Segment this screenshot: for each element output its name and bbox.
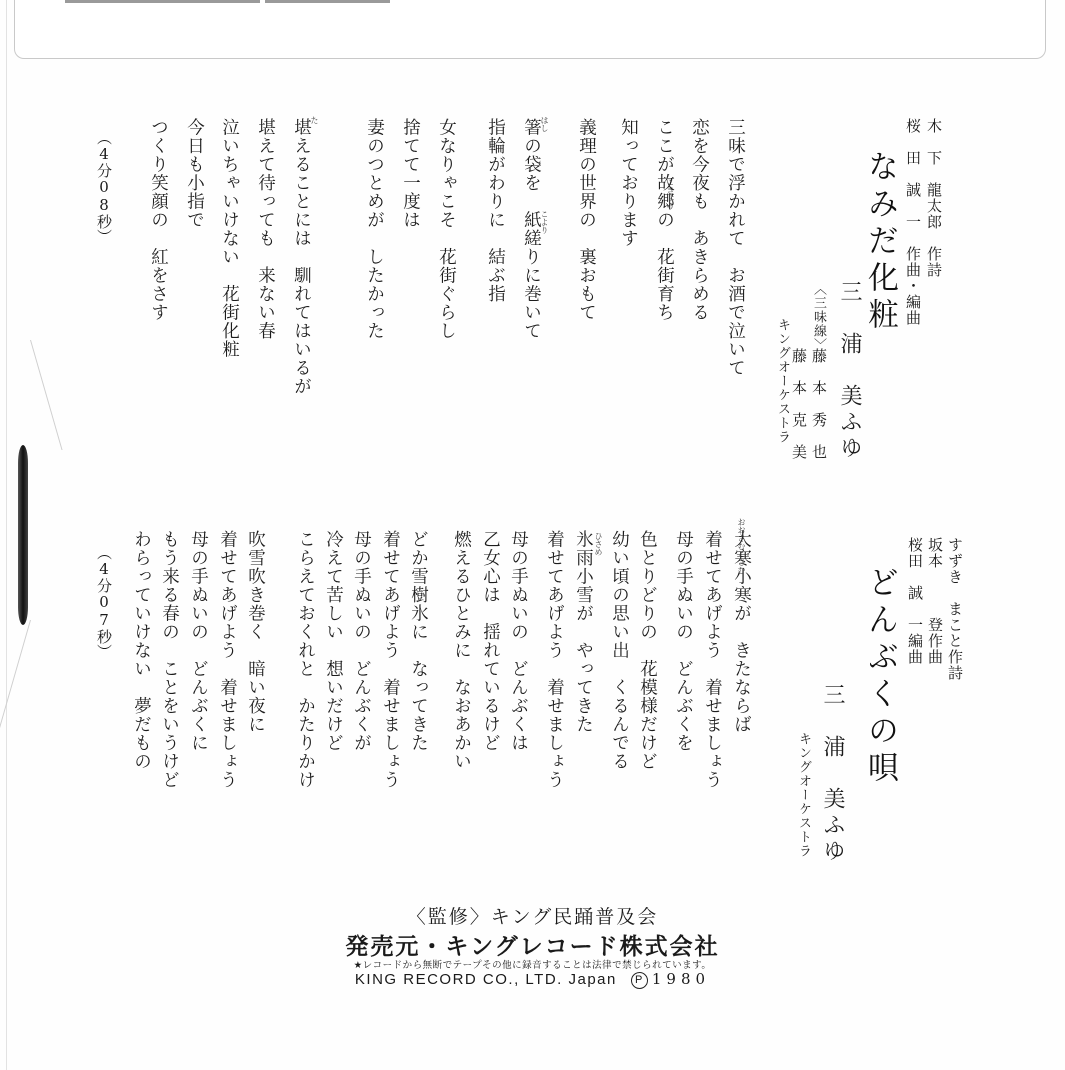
song1-duration: （4分08秒）: [96, 130, 111, 244]
lyric-line: わらっていけない 夢だもの: [132, 530, 150, 771]
lyric-line: 吹雪吹き巻く 暗い夜に: [246, 530, 264, 734]
lyric-line: 知っております: [619, 118, 637, 248]
lyric-line: どか雪樹氷に なってきた: [409, 530, 427, 752]
song1-shamisen-player-2: 藤 本 克 美: [791, 348, 806, 460]
song1-orchestra: キングオーケストラ: [776, 318, 789, 444]
lyric-line: 着せてあげよう 着せましょう: [218, 530, 236, 789]
lyric-line: 着せてあげよう 着せましょう: [703, 530, 721, 789]
lyric-line: 妻のつとめが したかった: [365, 118, 383, 340]
lyric-line: 女なりゃこそ 花街ぐらし: [437, 118, 455, 340]
song2-credit-arranger: 桜田 誠 一編曲: [907, 537, 922, 665]
lyric-line: 今日も小指で: [185, 118, 203, 229]
company-name: KING RECORD CO., LTD. Japan: [355, 971, 617, 988]
song2-duration: （4分07秒）: [96, 545, 111, 659]
lyric-line: もう来る春の ことをいうけど: [160, 530, 178, 789]
lyric-line: 母の手ぬいの どんぶくに: [189, 530, 207, 752]
phonogram-p-icon: P: [631, 972, 648, 989]
lyric-line: 着せてあげよう 着せましょう: [381, 530, 399, 789]
release-year: 1980: [652, 970, 710, 988]
lyric-line: 着せてあげよう 着せましょう: [545, 530, 563, 789]
lyric-line: こらえておくれと かたりかけ: [296, 530, 314, 789]
lyric-line: 泣いちゃいけない 花街化粧: [220, 118, 238, 359]
song2-credit-composer: 坂本 登作曲: [927, 537, 942, 665]
ruby-furigana: こきょう: [666, 178, 674, 210]
lyric-line: 捨てて一度は: [401, 118, 419, 229]
lyric-line: 堪えて待っても 来ない春: [256, 118, 274, 340]
song1-credit-composer: 桜 田 誠 一 作曲・編曲: [905, 118, 920, 326]
company-line: KING RECORD CO., LTD. JapanP1980: [0, 970, 1065, 989]
record-sleeve-back: 木 下 龍太郎 作詩 桜 田 誠 一 作曲・編曲 なみだ化粧 三 浦 美ふゆ 〈…: [0, 0, 1065, 1070]
lyric-line: 母の手ぬいの どんぶくは: [509, 530, 527, 752]
lyric-line: ここが故郷の 花街育ち: [655, 118, 673, 322]
ruby-furigana: こより: [540, 210, 548, 234]
song1-shamisen-player-1: 藤 本 秀 也: [811, 348, 826, 460]
lyric-line: 恋を今夜も あきらめる: [690, 118, 708, 322]
lyric-line: 母の手ぬいの どんぶくを: [674, 530, 692, 752]
song1-credit-lyricist: 木 下 龍太郎 作詩: [926, 118, 941, 278]
lyric-line: 指輪がわりに 結ぶ指: [486, 118, 504, 303]
lyric-line: つくり笑顔の 紅をさす: [149, 118, 167, 322]
song1-artist: 三 浦 美ふゆ: [838, 280, 860, 462]
lyric-line: 色とりどりの 花模様だけど: [638, 530, 656, 771]
lyric-line: 三味で浮かれて お酒で泣いて: [726, 118, 744, 377]
song1-shamisen-label: 〈三味線〉: [812, 282, 825, 352]
song2-orchestra: キングオーケストラ: [797, 732, 810, 858]
lyric-line: 母の手ぬいの どんぶくが: [352, 530, 370, 752]
sleeve-fold-shadow: [18, 445, 28, 625]
lyric-line: 燃えるひとみに なおあかい: [452, 530, 470, 771]
flap-shadow-right: [265, 0, 390, 3]
lyric-line: 乙女心は 揺れているけど: [481, 530, 499, 752]
lyric-line: 氷雨小雪が やってきた: [574, 530, 592, 734]
lyric-line: 冷えて苦しい 想いだけど: [324, 530, 342, 752]
ruby-furigana: はし: [540, 116, 548, 132]
supervision-credit: 〈監修〉キング民踊普及会: [0, 902, 1065, 929]
copyright-notice: ★レコードから無断でテープその他に録音することは法律で禁じられています。: [0, 957, 1065, 971]
song2-title: どんぶくの唄: [864, 566, 895, 788]
sleeve-top-flap: [14, 0, 1046, 59]
lyric-line: 箸の袋を 紙縒りに巻いて: [522, 118, 540, 340]
ruby-furigana: おおさむこさむ: [737, 518, 745, 574]
flap-shadow-left: [65, 0, 260, 3]
ruby-furigana: た: [310, 116, 318, 124]
lyric-line: 堪えることには 馴れてはいるが: [292, 118, 310, 396]
ruby-furigana: ひさめ: [594, 532, 602, 556]
fold-line-top: [2, 340, 63, 450]
lyric-line: 幼い頃の思い出 くるんでる: [610, 530, 628, 771]
song2-credit-lyricist: すずき まこと作詩: [947, 537, 962, 681]
lyric-line: 義理の世界の 裏おもて: [577, 118, 595, 322]
song2-artist: 三 浦 美ふゆ: [821, 683, 843, 865]
song1-title: なみだ化粧: [864, 150, 895, 335]
